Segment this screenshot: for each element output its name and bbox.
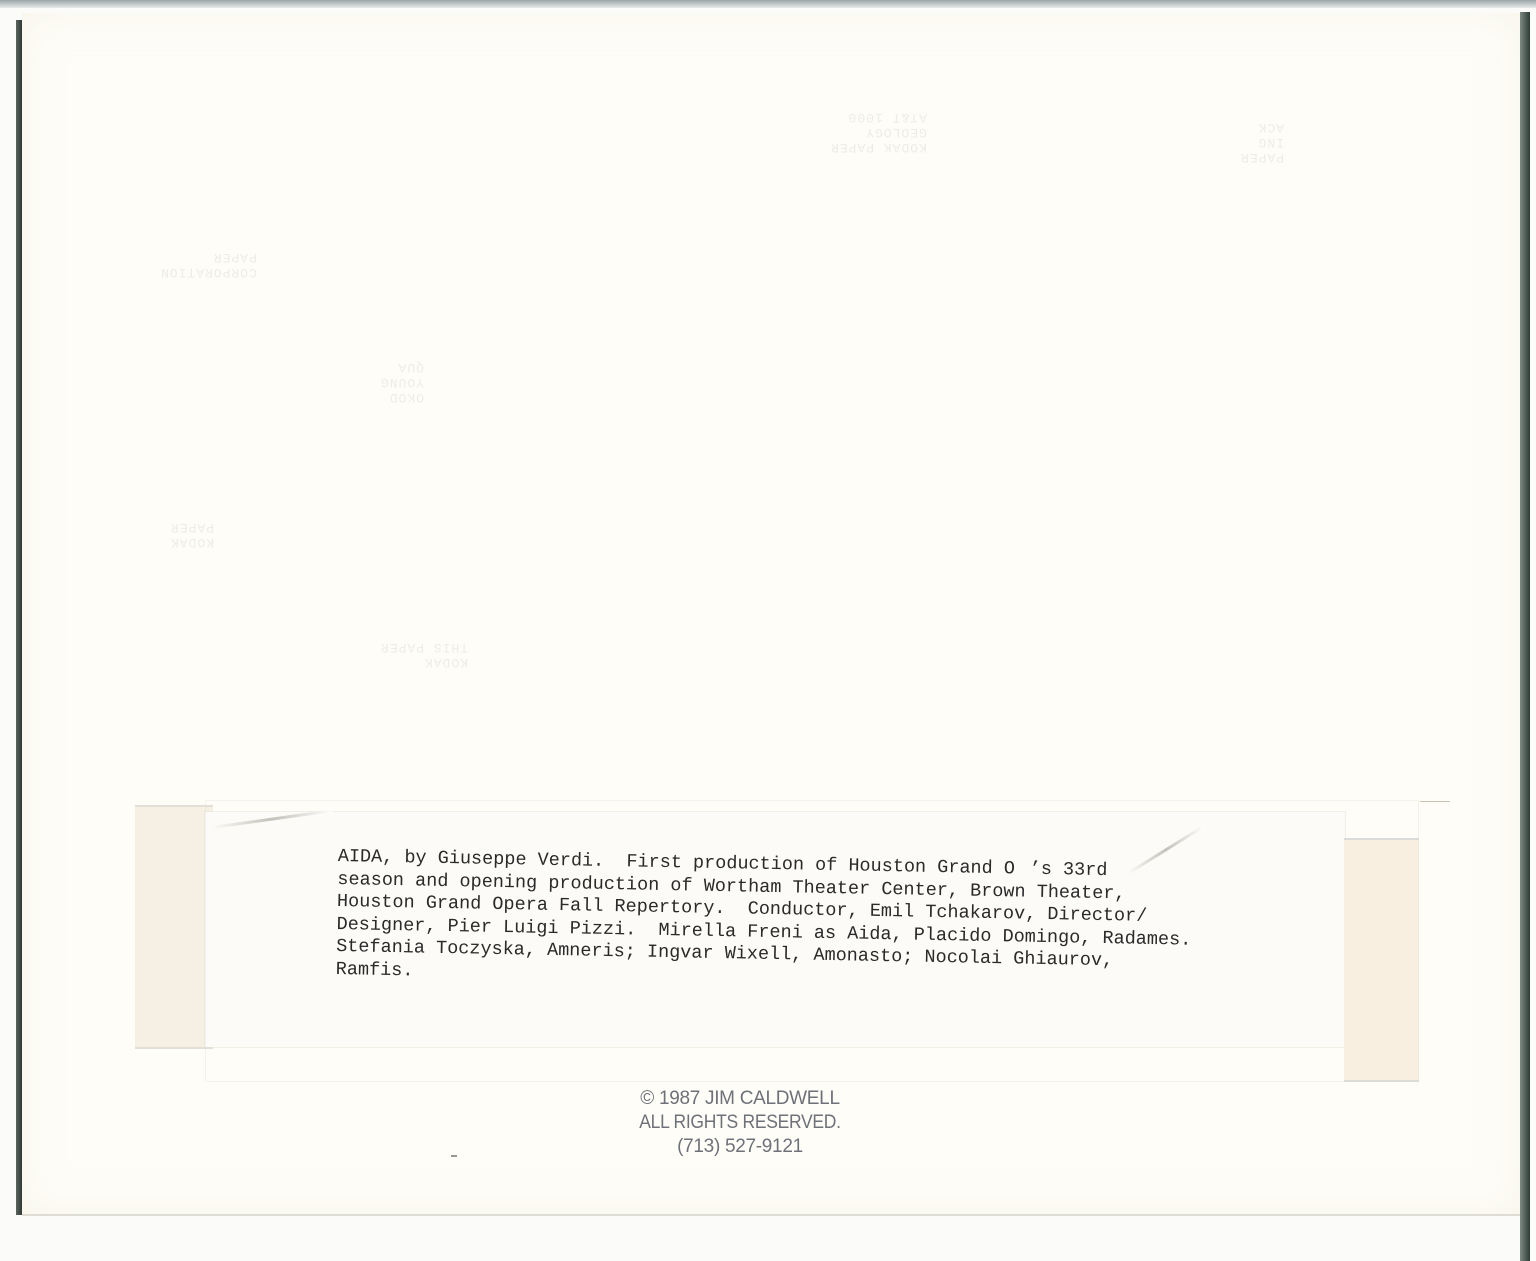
photographer-stamp: © 1987 JIM CALDWELL ALL RIGHTS RESERVED.… (590, 1087, 890, 1159)
show-through-text: PAPER ING ACK (1240, 120, 1284, 165)
dust-speck (1420, 801, 1450, 802)
show-through-text: OKOD YOUNG QUA (380, 360, 424, 405)
dust-speck (451, 1155, 457, 1157)
photo-left-edge (16, 20, 22, 1215)
stamp-phone: (713) 527-9121 (590, 1135, 890, 1159)
photo-right-edge (1520, 12, 1530, 1261)
typewritten-caption: AIDA, by Giuseppe Verdi. First productio… (336, 846, 1318, 999)
show-through-text: KODAK THIS PAPER (380, 640, 468, 670)
show-through-text: KODAK PAPER (170, 520, 214, 550)
stamp-rights: ALL RIGHTS RESERVED. (602, 1111, 878, 1135)
photo-bottom-edge (22, 1214, 1520, 1216)
show-through-text: KODAK PAPER GEOLOGY AT&T 1000 (830, 110, 927, 155)
show-through-text: CORPORATION PAPER (160, 250, 257, 280)
stamp-copyright: © 1987 JIM CALDWELL (590, 1087, 890, 1111)
scanner-top-edge (0, 0, 1536, 8)
tape-strip-left (135, 805, 213, 1049)
